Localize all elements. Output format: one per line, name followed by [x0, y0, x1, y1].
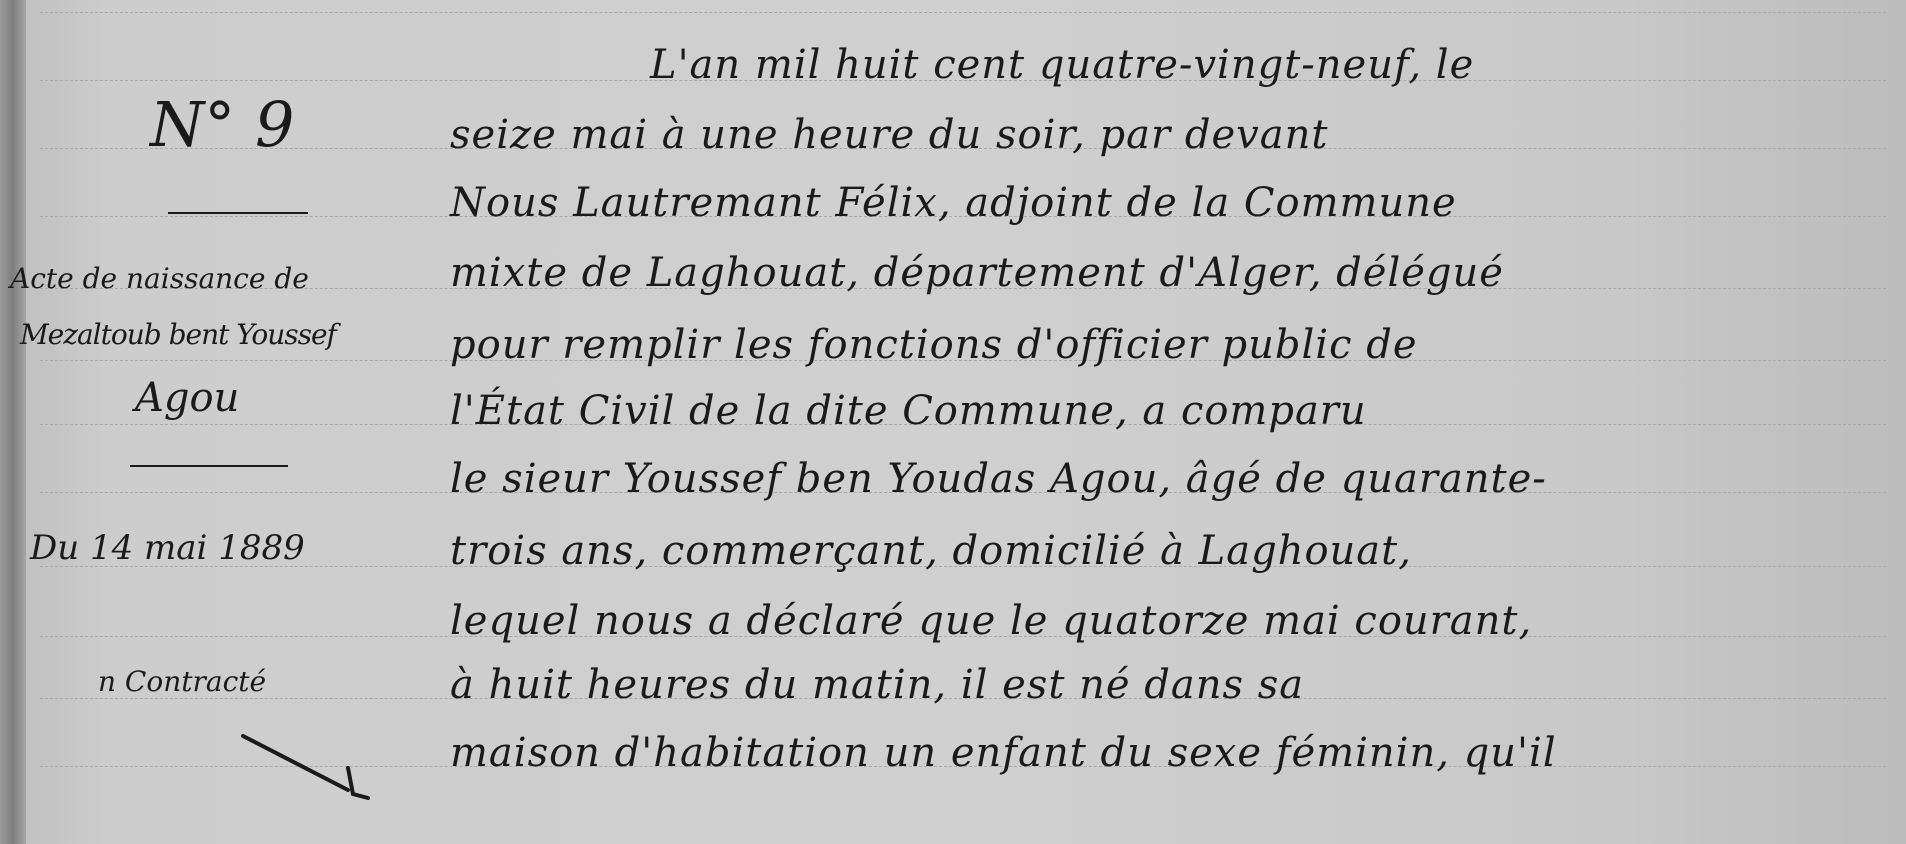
arrow-icon: [238, 728, 378, 808]
family-name-underline: [130, 465, 288, 467]
body-line: le sieur Youssef ben Youdas Agou, âgé de…: [450, 456, 1547, 502]
act-number: N° 9: [150, 88, 294, 161]
body-line: trois ans, commerçant, domicilié à Lagho…: [450, 528, 1412, 574]
body-line: l'État Civil de la dite Commune, a compa…: [450, 388, 1367, 434]
body-line: mixte de Laghouat, département d'Alger, …: [450, 250, 1504, 296]
body-line: maison d'habitation un enfant du sexe fé…: [450, 730, 1557, 776]
child-name: Mezaltoub bent Youssef: [20, 318, 336, 351]
act-number-underline: [168, 212, 308, 214]
family-name: Agou: [135, 375, 239, 421]
margin-annotation: N° 9 Acte de naissance de Mezaltoub bent…: [10, 0, 430, 844]
scanned-register-page: N° 9 Acte de naissance de Mezaltoub bent…: [0, 0, 1906, 844]
body-line: à huit heures du matin, il est né dans s…: [450, 662, 1304, 708]
body-line: seize mai à une heure du soir, par devan…: [450, 112, 1328, 158]
body-line: pour remplir les fonctions d'officier pu…: [450, 322, 1418, 368]
body-line: lequel nous a déclaré que le quatorze ma…: [450, 598, 1532, 644]
act-title: Acte de naissance de: [10, 262, 309, 295]
body-line: L'an mil huit cent quatre-vingt-neuf, le: [650, 42, 1474, 88]
birth-date: Du 14 mai 1889: [30, 528, 305, 568]
body-line: Nous Lautremant Félix, adjoint de la Com…: [450, 180, 1457, 226]
margin-note: n Contracté: [98, 665, 266, 698]
